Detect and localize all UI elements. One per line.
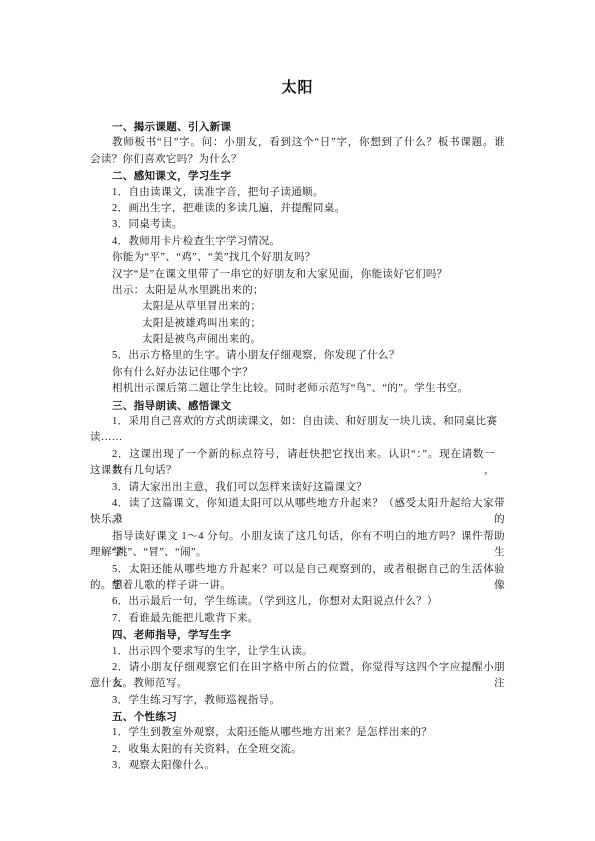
list-item: 3．观察太阳像什么。 — [90, 758, 505, 774]
text-line: 读…… — [90, 430, 505, 446]
text-line: 2．请小朋友仔细观察它们在田字格中所占的位置，你觉得写这四个字应提醒小朋友注 — [90, 660, 505, 676]
list-item: 7．看谁最先能把儿歌背下来。 — [90, 611, 505, 627]
section-1: 一、揭示课题、引入新课 教师板书“日”字。问：小朋友，看到这个“日”字，你想到了… — [90, 119, 505, 168]
list-item: 1．学生到教室外观察，太阳还能从哪些地方出来？是怎样出来的？ — [90, 725, 505, 741]
paragraph: 汉字“是”在课文里带了一串它的好朋友和大家见面，你能读好它们吗？ — [90, 267, 505, 283]
text-line: 会读？你们喜欢它吗？为什么？ — [90, 152, 505, 168]
section-heading: 三、指导朗读、感悟课文 — [90, 398, 505, 414]
section-heading: 四、老师指导，学写生字 — [90, 627, 505, 643]
section-2: 二、感知课文，学习生字 1．自由读课文，读准字音，把句子读通顺。 2．画出生字，… — [90, 168, 505, 397]
list-item: 6．出示最后一句，学生练读。（学到这儿，你想对太阳说点什么？） — [90, 594, 505, 610]
text-line: 太阳是被鸟声闹出来的。 — [90, 332, 505, 348]
list-item: 2．收集太阳的有关资料，在全班交流。 — [90, 742, 505, 758]
list-item: 3．同桌考读。 — [90, 217, 505, 233]
paragraph: 你有什么好办法记住哪个字？ — [90, 365, 505, 381]
document-title: 太阳 — [0, 79, 595, 97]
text-line: 太阳是从草里冒出来的； — [90, 299, 505, 315]
paragraph: 相机出示课后第二题让学生比较。同时老师示范写“鸟”、“的”。学生书空。 — [90, 381, 505, 397]
list-item: 3．学生练习写字，教师巡视指导。 — [90, 693, 505, 709]
text-line: 2．这课出现了一个新的标点符号，请赶快把它找出来。认识“：”。现在请数一数， — [90, 447, 505, 463]
list-item: 2．画出生字，把难读的多读几遍，并提醒同桌。 — [90, 201, 505, 217]
text-line: 5．太阳还能从哪些地方升起来？可以是自己观察到的，或者根据自己的生活体验想像 — [90, 562, 505, 578]
list-item: 4．教师用卡片检查生字学习情况。 — [90, 234, 505, 250]
section-5: 五、个性练习 1．学生到教室外观察，太阳还能从哪些地方出来？是怎样出来的？ 2．… — [90, 709, 505, 775]
example-sentences: 出示：太阳是从水里跳出来的； 太阳是从草里冒出来的； 太阳是被雄鸡叫出来的； 太… — [90, 283, 505, 349]
list-item: 1．出示四个要求写的生字，让学生认读。 — [90, 644, 505, 660]
text-line: 4．读了这篇课文，你知道太阳可以从哪些地方升起来？（感受太阳升起给大家带来的 — [90, 496, 505, 512]
paragraph: 你能为“平”、“鸡”、“美”找几个好朋友吗？ — [90, 250, 505, 266]
list-item: 3．请大家出出主意，我们可以怎样来读好这篇课文？ — [90, 480, 505, 496]
text-line: 出示：太阳是从水里跳出来的； — [90, 283, 505, 299]
document-body: 一、揭示课题、引入新课 教师板书“日”字。问：小朋友，看到这个“日”字，你想到了… — [90, 119, 505, 775]
text-line: 指导读好课文 1～4 分句。小朋友读了这几句话，你有不明白的地方吗？课件帮助学生 — [90, 529, 505, 545]
section-heading: 二、感知课文，学习生字 — [90, 168, 505, 184]
section-heading: 一、揭示课题、引入新课 — [90, 119, 505, 135]
text-line: 1．采用自己喜欢的方式朗读课文，如：自由读、和好朋友一块儿读、和同桌比赛 — [90, 414, 505, 430]
paragraph: 教师板书“日”字。问：小朋友，看到这个“日”字，你想到了什么？板书课题。谁 会读… — [90, 135, 505, 168]
section-heading: 五、个性练习 — [90, 709, 505, 725]
text-line: 教师板书“日”字。问：小朋友，看到这个“日”字，你想到了什么？板书课题。谁 — [90, 135, 505, 151]
list-item: 5．出示方格里的生字。请小朋友仔细观察，你发现了什么？ — [90, 348, 505, 364]
document-page: 太阳 一、揭示课题、引入新课 教师板书“日”字。问：小朋友，看到这个“日”字，你… — [0, 0, 595, 841]
section-4: 四、老师指导，学写生字 1．出示四个要求写的生字，让学生认读。 2．请小朋友仔细… — [90, 627, 505, 709]
section-3: 三、指导朗读、感悟课文 1．采用自己喜欢的方式朗读课文，如：自由读、和好朋友一块… — [90, 398, 505, 627]
text-line: 太阳是被雄鸡叫出来的； — [90, 316, 505, 332]
list-item: 1．自由读课文，读准字音，把句子读通顺。 — [90, 185, 505, 201]
